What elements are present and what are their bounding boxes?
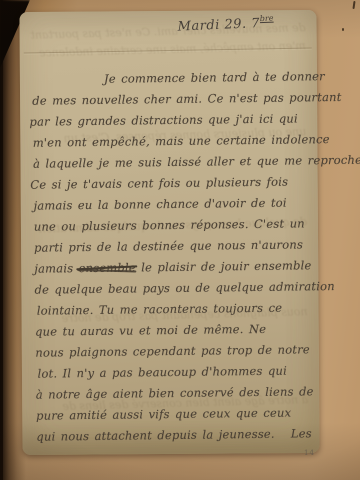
struck-out-word: ensemble bbox=[79, 257, 137, 279]
letter-date: Mardi 29. 7bre bbox=[177, 14, 274, 35]
letter-sheet: de mes nouvelles cher ami. Ce n'est pas … bbox=[19, 10, 319, 455]
letter-body: Je commence bien tard à te donner de mes… bbox=[32, 66, 319, 447]
letter-line-segment: le plaisir de jouir ensemble bbox=[136, 258, 312, 274]
letter-date-main: Mardi 29. 7 bbox=[177, 16, 260, 34]
manuscript-photo: 2 388 de mes nouvelles cher ami. Ce n'es… bbox=[0, 0, 360, 480]
letter-line: qui nous attachent depuis la jeunesse. L… bbox=[36, 423, 318, 447]
letter-date-superscript: bre bbox=[260, 14, 274, 24]
fold-crease bbox=[24, 47, 312, 53]
ink-speck bbox=[342, 28, 344, 31]
letter-line-segment: jamais bbox=[34, 261, 78, 276]
letter-line: lointaine. Tu me raconteras toujours ce bbox=[37, 297, 317, 321]
folio-page-number: 14 bbox=[304, 449, 315, 457]
